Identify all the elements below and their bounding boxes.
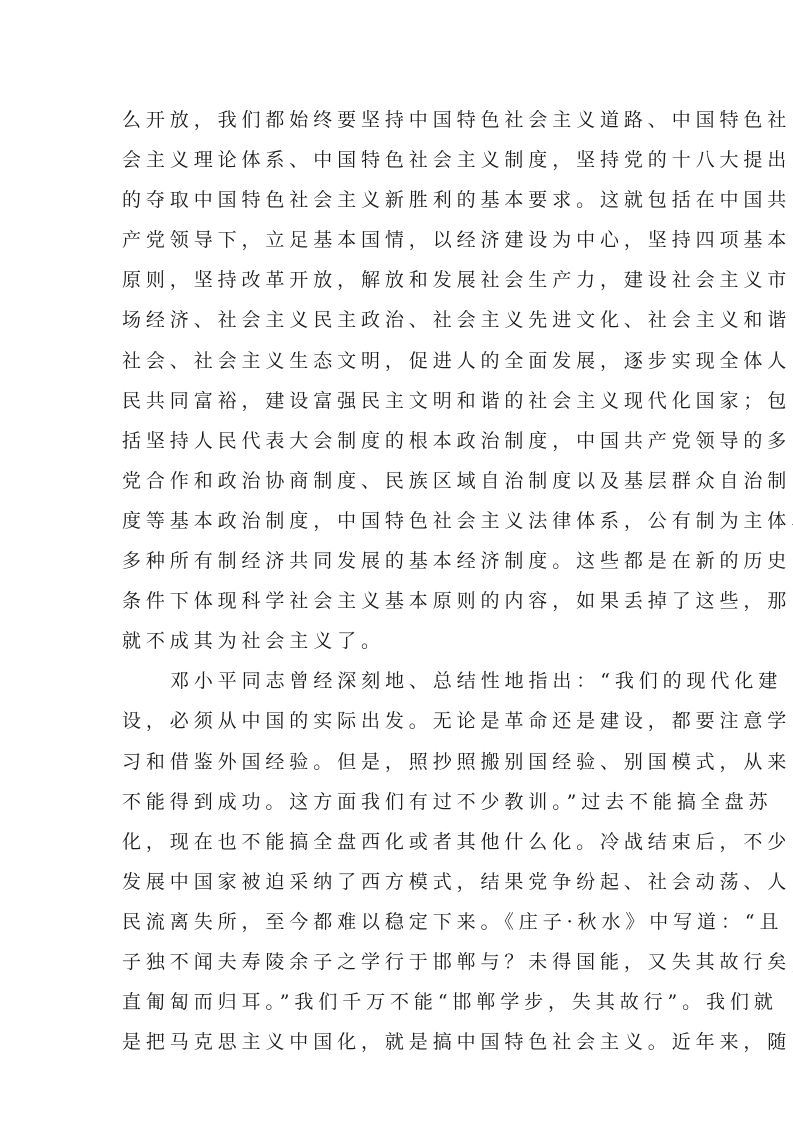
text-line-indented: 邓小平同志曾经深刻地、总结性地指出：“我们的现代化建: [122, 661, 678, 701]
document-page: 么开放，我们都始终要坚持中国特色社会主义道路、中国特色社 会主义理论体系、中国特…: [0, 0, 793, 1122]
text-line: 子独不闻夫寿陵余子之学行于邯郸与？未得国能，又失其故行矣，: [122, 942, 678, 982]
text-line: 发展中国家被迫采纳了西方模式，结果党争纷起、社会动荡、人: [122, 862, 678, 902]
text-line: 就不成其为社会主义了。: [122, 621, 678, 661]
text-line: 度等基本政治制度，中国特色社会主义法律体系，公有制为主体、: [122, 501, 678, 541]
document-body: 么开放，我们都始终要坚持中国特色社会主义道路、中国特色社 会主义理论体系、中国特…: [122, 100, 678, 1062]
text-line: 场经济、社会主义民主政治、社会主义先进文化、社会主义和谐: [122, 300, 678, 340]
text-line: 多种所有制经济共同发展的基本经济制度。这些都是在新的历史: [122, 541, 678, 581]
text-line: 么开放，我们都始终要坚持中国特色社会主义道路、中国特色社: [122, 100, 678, 140]
text-line: 设，必须从中国的实际出发。无论是革命还是建设，都要注意学: [122, 701, 678, 741]
paragraph: 邓小平同志曾经深刻地、总结性地指出：“我们的现代化建 设，必须从中国的实际出发。…: [122, 661, 678, 1062]
text-line: 不能得到成功。这方面我们有过不少教训。”过去不能搞全盘苏: [122, 782, 678, 822]
paragraph: 么开放，我们都始终要坚持中国特色社会主义道路、中国特色社 会主义理论体系、中国特…: [122, 100, 678, 661]
text-line: 是把马克思主义中国化，就是搞中国特色社会主义。近年来，随: [122, 1022, 678, 1062]
text-line: 党合作和政治协商制度、民族区域自治制度以及基层群众自治制: [122, 461, 678, 501]
text-line: 化，现在也不能搞全盘西化或者其他什么化。冷战结束后，不少: [122, 822, 678, 862]
text-line: 产党领导下，立足基本国情，以经济建设为中心，坚持四项基本: [122, 220, 678, 260]
text-line: 社会、社会主义生态文明，促进人的全面发展，逐步实现全体人: [122, 341, 678, 381]
text-line: 条件下体现科学社会主义基本原则的内容，如果丢掉了这些，那: [122, 581, 678, 621]
text-line: 习和借鉴外国经验。但是，照抄照搬别国经验、别国模式，从来: [122, 742, 678, 782]
text-line: 民流离失所，至今都难以稳定下来。《庄子·秋水》中写道：“且: [122, 902, 678, 942]
text-line: 会主义理论体系、中国特色社会主义制度，坚持党的十八大提出: [122, 140, 678, 180]
text-line: 的夺取中国特色社会主义新胜利的基本要求。这就包括在中国共: [122, 180, 678, 220]
text-line: 民共同富裕，建设富强民主文明和谐的社会主义现代化国家；包: [122, 381, 678, 421]
text-line: 直匍匐而归耳。”我们千万不能“邯郸学步，失其故行”。我们就: [122, 982, 678, 1022]
text-line: 括坚持人民代表大会制度的根本政治制度，中国共产党领导的多: [122, 421, 678, 461]
text-line: 原则，坚持改革开放，解放和发展社会生产力，建设社会主义市: [122, 260, 678, 300]
